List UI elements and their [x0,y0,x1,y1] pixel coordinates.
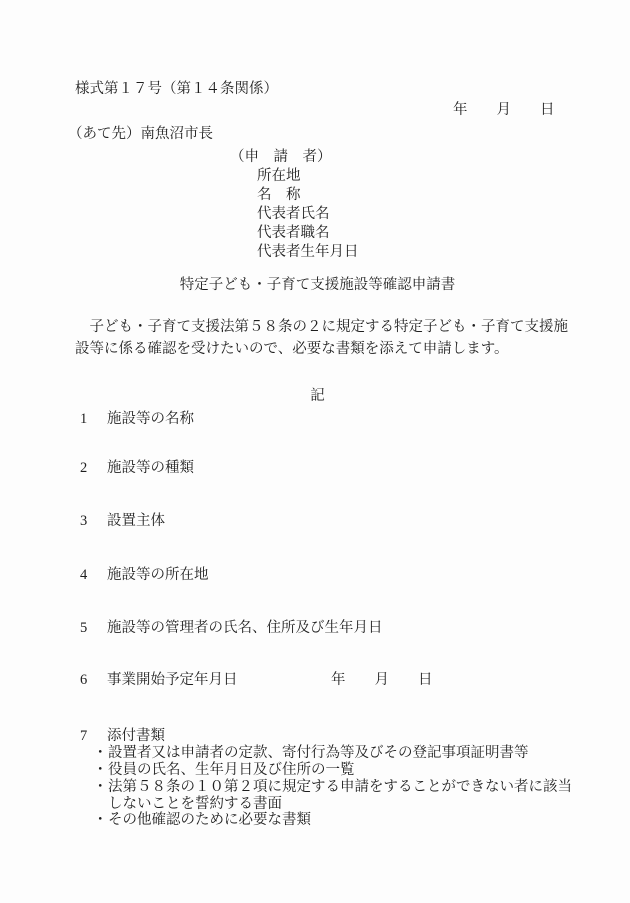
attachment-row-1: ・ 設置者又は申請者の定款、寄付行為等及びその登記事項証明書等 [0,745,630,762]
attachment-text: 役員の氏名、生年月日及び住所の一覧 [108,762,355,779]
item-row-4: 4 施設等の所在地 [0,566,630,585]
attachment-text-continued: しないことを誓約する書面 [108,796,282,813]
item6-date-placeholder: 年 月 日 [331,671,433,690]
item-row-1: 1 施設等の名称 [0,410,630,429]
item-number: 7 [80,727,87,746]
item-number: 2 [80,459,87,478]
item-row-2: 2 施設等の種類 [0,459,630,478]
item-number: 3 [80,512,87,531]
item-number: 5 [80,619,87,638]
item-row-5: 5 施設等の管理者の氏名、住所及び生年月日 [0,619,630,638]
item-row-6: 6 事業開始予定年月日 年 月 日 [0,671,630,690]
attachment-text: 設置者又は申請者の定款、寄付行為等及びその登記事項証明書等 [108,745,529,762]
item-label: 事業開始予定年月日 [107,671,238,690]
item-label: 施設等の種類 [107,459,194,478]
item-number: 6 [80,671,87,690]
bullet-icon: ・ [93,762,108,779]
item-label: 添付書類 [107,727,165,746]
form-number: 様式第１７号（第１４条関係） [75,80,278,99]
attachment-row-3-continued: しないことを誓約する書面 [0,796,630,813]
applicant-field-representative-title: 代表者職名 [257,224,330,243]
applicant-section-header: （申 請 者） [230,148,332,167]
attachment-row-4: ・ その他確認のために必要な書類 [0,812,630,829]
item-label: 施設等の所在地 [107,566,209,585]
applicant-field-representative-birthdate: 代表者生年月日 [257,243,359,262]
attachment-text: その他確認のために必要な書類 [108,812,311,829]
item-number: 4 [80,566,87,585]
item-label: 施設等の管理者の氏名、住所及び生年月日 [107,619,383,638]
document-page: 様式第１７号（第１４条関係） 年 月 日 （あて先）南魚沼市長 （申 請 者） … [0,0,630,903]
issue-date-placeholder: 年 月 日 [453,101,555,120]
attachment-row-2: ・ 役員の氏名、生年月日及び住所の一覧 [0,762,630,779]
item-label: 設置主体 [107,512,165,531]
bullet-icon: ・ [93,812,108,829]
bullet-icon: ・ [93,745,108,762]
bullet-icon: ・ [93,779,108,796]
item-number: 1 [80,410,87,429]
item-label: 施設等の名称 [107,410,194,429]
attachment-text: 法第５８条の１０第２項に規定する申請をすることができない者に該当 [108,779,572,796]
item-row-7: 7 添付書類 [0,727,630,746]
item-row-3: 3 設置主体 [0,512,630,531]
applicant-field-name: 名 称 [257,186,301,205]
body-paragraph-line1: 子ども・子育て支援法第５８条の２に規定する特定子ども・子育て支援施 [75,318,568,337]
addressee-line: （あて先）南魚沼市長 [68,125,213,144]
record-mark: 記 [75,387,560,406]
document-title: 特定子ども・子育て支援施設等確認申請書 [75,276,560,295]
applicant-field-address: 所在地 [257,167,301,186]
body-paragraph-line2: 設等に係る確認を受けたいので、必要な書類を添えて申請します。 [75,340,509,359]
attachment-row-3: ・ 法第５８条の１０第２項に規定する申請をすることができない者に該当 [0,779,630,796]
applicant-field-representative-name: 代表者氏名 [257,205,330,224]
